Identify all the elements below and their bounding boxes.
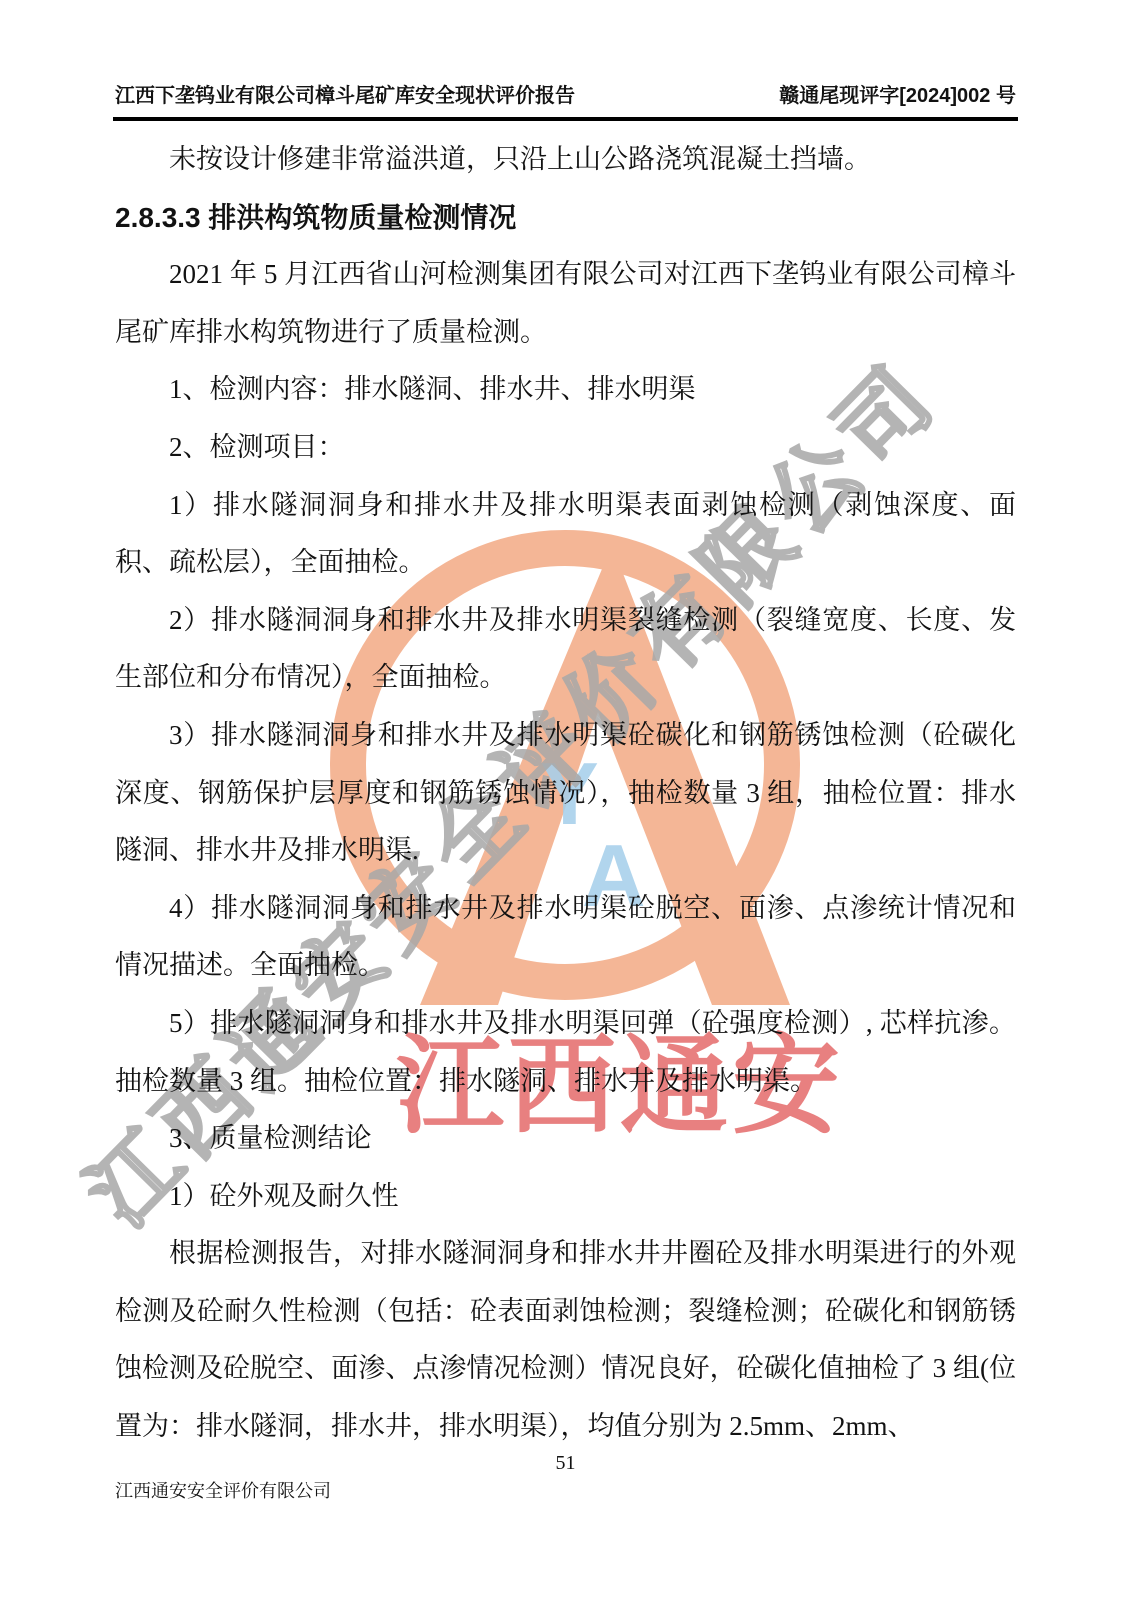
list-item: 3）排水隧洞洞身和排水井及排水明渠砼碳化和钢筋锈蚀检测（砼碳化深度、钢筋保护层厚… xyxy=(115,707,1016,880)
page-number: 51 xyxy=(0,1452,1131,1475)
list-item: 3、质量检测结论 xyxy=(115,1110,1016,1168)
header-rule xyxy=(113,117,1018,121)
report-title: 江西下垄钨业有限公司樟斗尾矿库安全现状评价报告 xyxy=(115,79,575,108)
list-item: 2）排水隧洞洞身和排水井及排水明渠裂缝检测（裂缝宽度、长度、发生部位和分布情况）… xyxy=(115,592,1016,707)
list-item: 1、检测内容：排水隧洞、排水井、排水明渠 xyxy=(115,361,1016,419)
document-body: 未按设计修建非常溢洪道，只沿上山公路浇筑混凝土挡墙。 2.8.3.3 排洪构筑物… xyxy=(115,131,1016,1456)
list-item: 4）排水隧洞洞身和排水井及排水明渠砼脱空、面渗、点渗统计情况和情况描述。全面抽检… xyxy=(115,880,1016,995)
section-heading: 2.8.3.3 排洪构筑物质量检测情况 xyxy=(115,189,1016,247)
paragraph: 根据检测报告，对排水隧洞洞身和排水井井圈砼及排水明渠进行的外观检测及砼耐久性检测… xyxy=(115,1225,1016,1455)
document-page: Y A 江西通安安全评价有限公司 江西通安 江西下垄钨业有限公司樟斗尾矿库安全现… xyxy=(0,0,1131,1600)
page-header: 江西下垄钨业有限公司樟斗尾矿库安全现状评价报告 赣通尾现评字[2024]002 … xyxy=(115,80,1016,108)
document-number: 赣通尾现评字[2024]002 号 xyxy=(779,79,1016,108)
list-item: 2、检测项目： xyxy=(115,419,1016,477)
paragraph: 未按设计修建非常溢洪道，只沿上山公路浇筑混凝土挡墙。 xyxy=(115,131,1016,189)
list-item: 5）排水隧洞洞身和排水井及排水明渠回弹（砼强度检测）, 芯样抗渗。抽检数量 3 … xyxy=(115,995,1016,1110)
list-item: 1）排水隧洞洞身和排水井及排水明渠表面剥蚀检测（剥蚀深度、面积、疏松层），全面抽… xyxy=(115,477,1016,592)
paragraph: 2021 年 5 月江西省山河检测集团有限公司对江西下垄钨业有限公司樟斗尾矿库排… xyxy=(115,246,1016,361)
content-layer: 江西下垄钨业有限公司樟斗尾矿库安全现状评价报告 赣通尾现评字[2024]002 … xyxy=(0,0,1131,1600)
footer-company: 江西通安安全评价有限公司 xyxy=(115,1477,331,1503)
list-item: 1）砼外观及耐久性 xyxy=(115,1168,1016,1226)
